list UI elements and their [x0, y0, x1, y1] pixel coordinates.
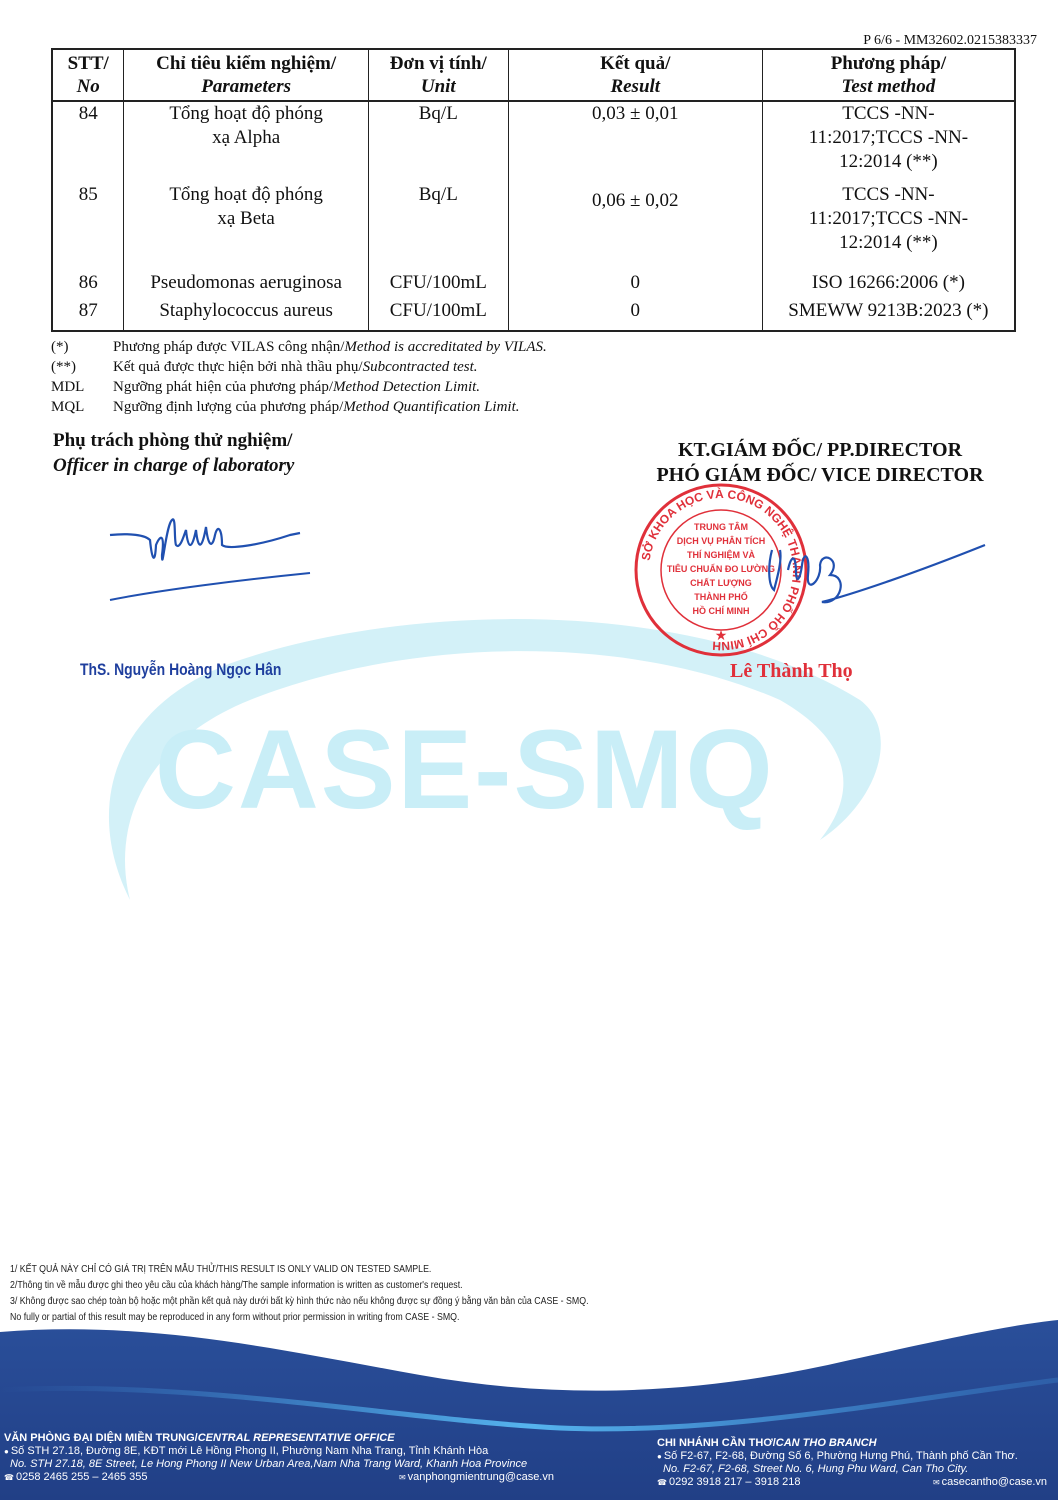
- central-office-email[interactable]: ✉vanphongmientrung@case.vn: [399, 1471, 554, 1484]
- cell-method: SMEWW 9213B:2023 (*): [762, 299, 1015, 331]
- watermark-text: CASE-SMQ: [155, 705, 775, 834]
- results-table: STT/No Chỉ tiêu kiểm nghiệm/Parameters Đ…: [51, 48, 1016, 332]
- cell-method: TCCS -NN-11:2017;TCCS -NN-12:2014 (**): [762, 101, 1015, 183]
- director-name: Lê Thành Thọ: [730, 660, 853, 683]
- cell-method: TCCS -NN-11:2017;TCCS -NN-12:2014 (**): [762, 183, 1015, 267]
- director-title: KT.GIÁM ĐỐC/ PP.DIRECTOR PHÓ GIÁM ĐỐC/ V…: [640, 438, 1000, 488]
- cantho-branch-phone: ☎0292 3918 217 – 3918 218: [657, 1476, 801, 1489]
- svg-text:THÍ NGHIỆM VÀ: THÍ NGHIỆM VÀ: [687, 549, 756, 560]
- table-header-row: STT/No Chỉ tiêu kiểm nghiệm/Parameters Đ…: [52, 49, 1015, 101]
- table-row: 87 Staphylococcus aureus CFU/100mL 0 SME…: [52, 299, 1015, 331]
- central-office-title: VĂN PHÒNG ĐẠI DIỆN MIỀN TRUNG/CENTRAL RE…: [4, 1432, 554, 1445]
- cell-result: 0,06 ± 0,02: [508, 183, 762, 267]
- svg-text:HỒ CHÍ MINH: HỒ CHÍ MINH: [693, 605, 750, 616]
- cell-parameter: Pseudomonas aeruginosa: [124, 267, 368, 299]
- cell-parameter: Tổng hoạt độ phóng xạ Alpha: [124, 101, 368, 183]
- footnote-mql: MQLNgưỡng định lượng của phương pháp/ Me…: [51, 397, 547, 417]
- header-test-method: Phương pháp/Test method: [762, 49, 1015, 101]
- cell-unit: Bq/L: [368, 101, 508, 183]
- footnote-subcontracted: (**) Kết quả được thực hiện bởi nhà thầu…: [51, 357, 547, 377]
- svg-text:TIÊU CHUẨN ĐO LƯỜNG: TIÊU CHUẨN ĐO LƯỜNG: [667, 563, 775, 574]
- lab-officer-signature-icon: [100, 505, 320, 605]
- cell-no: 84: [52, 101, 124, 183]
- svg-text:THÀNH PHỐ: THÀNH PHỐ: [694, 591, 748, 602]
- header-unit: Đơn vị tính/Unit: [368, 49, 508, 101]
- svg-text:★: ★: [715, 629, 728, 644]
- svg-text:DỊCH VỤ PHÂN TÍCH: DỊCH VỤ PHÂN TÍCH: [677, 535, 766, 546]
- cell-no: 86: [52, 267, 124, 299]
- disclaimer: 1/ KẾT QUẢ NÀY CHỈ CÓ GIÁ TRỊ TRÊN MẪU T…: [10, 1262, 589, 1326]
- header-result: Kết quả/Result: [508, 49, 762, 101]
- cantho-branch-title: CHI NHÁNH CẦN THƠ/CAN THO BRANCH: [657, 1437, 1047, 1450]
- cell-parameter: Tổng hoạt độ phóng xạ Beta: [124, 183, 368, 267]
- cell-no: 85: [52, 183, 124, 267]
- cell-result: 0,03 ± 0,01: [508, 101, 762, 183]
- central-office-phone: ☎0258 2465 255 – 2465 355: [4, 1471, 148, 1484]
- lab-officer-title: Phụ trách phòng thử nghiệm/ Officer in c…: [53, 428, 294, 478]
- email-icon: ✉: [933, 1478, 940, 1487]
- phone-icon: ☎: [4, 1473, 14, 1482]
- svg-text:TRUNG TÂM: TRUNG TÂM: [694, 521, 748, 532]
- central-office-info: VĂN PHÒNG ĐẠI DIỆN MIỀN TRUNG/CENTRAL RE…: [4, 1432, 554, 1484]
- location-pin-icon: ●: [657, 1452, 662, 1461]
- central-office-address-en: No. STH 27.18, 8E Street, Le Hong Phong …: [4, 1458, 554, 1471]
- cell-parameter: Staphylococcus aureus: [124, 299, 368, 331]
- table-row: 86 Pseudomonas aeruginosa CFU/100mL 0 IS…: [52, 267, 1015, 299]
- page-reference: P 6/6 - MM32602.0215383337: [863, 33, 1037, 49]
- director-signature-icon: [760, 520, 1010, 620]
- header-no: STT/No: [52, 49, 124, 101]
- cell-unit: Bq/L: [368, 183, 508, 267]
- cell-result: 0: [508, 267, 762, 299]
- location-pin-icon: ●: [4, 1447, 9, 1456]
- central-office-address: ●Số STH 27.18, Đường 8E, KĐT mới Lê Hồng…: [4, 1445, 554, 1458]
- footnote-accredited: (*)Phương pháp được VILAS công nhận/ Met…: [51, 337, 547, 357]
- cantho-branch-address-en: No. F2-67, F2-68, Street No. 6, Hung Phu…: [657, 1463, 1047, 1476]
- lab-officer-name: ThS. Nguyễn Hoàng Ngọc Hân: [80, 660, 281, 680]
- svg-text:CHẤT LƯỢNG: CHẤT LƯỢNG: [690, 578, 752, 588]
- cell-no: 87: [52, 299, 124, 331]
- cell-unit: CFU/100mL: [368, 299, 508, 331]
- header-parameters: Chỉ tiêu kiểm nghiệm/Parameters: [124, 49, 368, 101]
- cell-method: ISO 16266:2006 (*): [762, 267, 1015, 299]
- cantho-branch-info: CHI NHÁNH CẦN THƠ/CAN THO BRANCH ●Số F2-…: [657, 1437, 1047, 1489]
- cell-result: 0: [508, 299, 762, 331]
- table-row: 84 Tổng hoạt độ phóng xạ Alpha Bq/L 0,03…: [52, 101, 1015, 183]
- email-icon: ✉: [399, 1473, 406, 1482]
- phone-icon: ☎: [657, 1478, 667, 1487]
- footnote-mdl: MDLNgưỡng phát hiện của phương pháp/ Met…: [51, 377, 547, 397]
- cell-unit: CFU/100mL: [368, 267, 508, 299]
- footnotes: (*)Phương pháp được VILAS công nhận/ Met…: [51, 337, 547, 417]
- cantho-branch-email[interactable]: ✉casecantho@case.vn: [933, 1476, 1047, 1489]
- cantho-branch-address: ●Số F2-67, F2-68, Đường Số 6, Phường Hưn…: [657, 1450, 1047, 1463]
- table-row: 85 Tổng hoạt độ phóng xạ Beta Bq/L 0,06 …: [52, 183, 1015, 267]
